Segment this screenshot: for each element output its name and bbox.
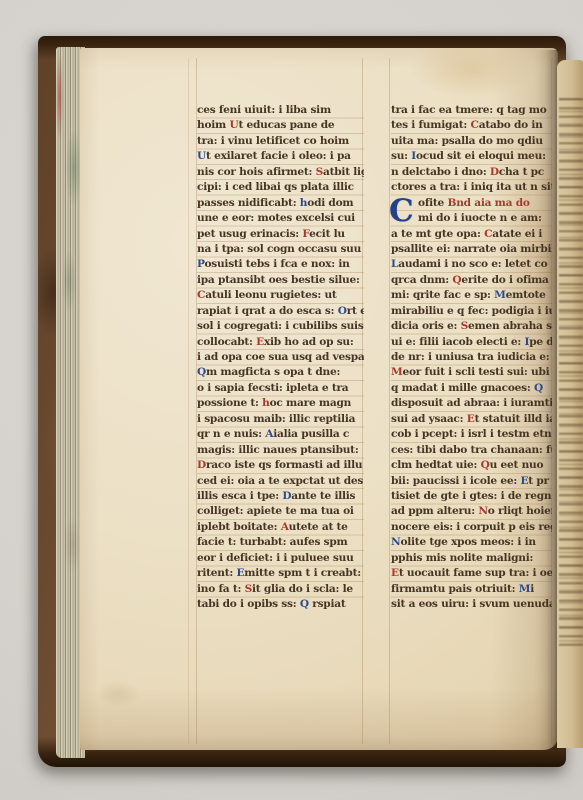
text-line: ritent: Emitte spm t i creabt: i <box>197 566 364 581</box>
text-line: a te mt gte opa: Catate ei i <box>391 227 552 242</box>
text-line: facie t: turbabt: aufes spm <box>197 535 364 550</box>
red-initial: D <box>490 166 499 178</box>
text-line: possione t: hoc mare magn <box>197 396 364 411</box>
text-run: t educas pane de <box>238 119 334 131</box>
text-run: rt e <box>347 305 364 317</box>
text-run: psallite ei: narrate oia mirbilia: <box>391 243 552 255</box>
ruling-line <box>188 58 189 744</box>
text-run: oc mare magn <box>270 397 351 409</box>
text-run: disposuit ad abraa: i iuramti <box>391 397 552 409</box>
text-run: ad ppm alteru: <box>391 505 478 517</box>
text-line: de nr: i uniusa tra iudicia e: <box>391 350 552 365</box>
text-line: colliget: apiete te ma tua oi <box>197 504 364 519</box>
text-line: tra: i vinu letificet co hoim <box>197 134 364 149</box>
text-line: nis cor hois afirmet: Satbit lig <box>197 165 364 180</box>
red-initial: C <box>471 119 479 131</box>
manuscript-photo: ces feni uiuit: i liba simhoim Ut educas… <box>0 0 583 800</box>
text-line: eor i deficiet: i i puluee suu <box>197 551 364 566</box>
manuscript-column-left: ces feni uiuit: i liba simhoim Ut educas… <box>197 103 364 612</box>
text-run: ialia pusilla c <box>273 428 349 440</box>
red-initial: D <box>197 459 206 471</box>
text-line: n delctabo i dno: Dcha t pc <box>391 165 552 180</box>
text-run: ctores a tra: i iniq ita ut n sit: <box>391 181 552 193</box>
red-initial: S <box>316 166 323 178</box>
text-line: ino fa t: Sit glia do i scla: le <box>197 582 364 597</box>
ruling-line <box>389 58 390 744</box>
red-initial: E <box>391 567 399 579</box>
text-line: ces: tibi dabo tra chanaan: funi <box>391 443 552 458</box>
gutter-shadow <box>534 50 558 750</box>
red-initial: N <box>478 505 487 517</box>
text-line: ad ppm alteru: No rliqt hoiem <box>391 504 552 519</box>
text-run: t exilaret facie i oleo: i pa <box>206 150 351 162</box>
text-run: hoim <box>197 119 229 131</box>
text-run: nis cor hois afirmet: <box>197 166 316 178</box>
text-line: uita ma: psalla do mo qdiu <box>391 134 552 149</box>
blue-initial: O <box>338 305 347 317</box>
text-line: cob i pcept: i isrl i testm etn: Di <box>391 427 552 442</box>
text-line: clm hedtat uie: Qu eet nuo <box>391 458 552 473</box>
text-run: atbit lig <box>323 166 364 178</box>
text-line: psallite ei: narrate oia mirbilia: <box>391 242 552 257</box>
blue-initial: U <box>197 150 206 162</box>
text-run: tisiet de gte i gtes: i de regn <box>391 490 551 502</box>
text-run: collocabt: <box>197 336 256 348</box>
text-line: mirabiliu e q fec: podigia i iu <box>391 304 552 319</box>
red-initial: Bnd aia ma do <box>447 197 529 209</box>
red-initial: Q <box>481 459 490 471</box>
text-run: xib ho ad op su: <box>264 336 354 348</box>
text-line: hoim Ut educas pane de <box>197 118 364 133</box>
text-line: rapiat i qrat a do esca s: Ort e <box>197 304 364 319</box>
text-run: ced ei: oia a te expctat ut des <box>197 475 363 487</box>
text-line: sit a eos uiru: i svum uenudats <box>391 597 552 612</box>
text-run: ui e: filii iacob electi e: <box>391 336 525 348</box>
text-run: rapiat i qrat a do esca s: <box>197 305 338 317</box>
text-run: m magficta s opa t dne: <box>206 366 340 378</box>
text-run: t uocauit fame sup tra: i oe <box>399 567 552 579</box>
text-run: firmamtu pais otriuit: <box>391 583 519 595</box>
red-initial: M <box>391 366 402 378</box>
text-run: ces: tibi dabo tra chanaan: funi <box>391 444 552 456</box>
red-initial: C <box>197 289 205 301</box>
text-run: facie t: turbabt: aufes spm <box>197 536 348 548</box>
blue-initial: M <box>494 289 505 301</box>
text-run: it glia do i scla: le <box>252 583 353 595</box>
text-run: o i sapia fecsti: ipleta e tra <box>197 382 348 394</box>
text-run: raco iste qs formasti ad illu <box>206 459 362 471</box>
text-run: tra i fac ea tmere: q tag mo <box>391 104 547 116</box>
text-line: collocabt: Exib ho ad op su: <box>197 335 364 350</box>
text-run: cob i pcept: i isrl i testm etn: <box>391 428 552 440</box>
text-run: eor fuit i scli testi sui: ubi <box>402 366 549 378</box>
manuscript-column-right: Ctra i fac ea tmere: q tag motes i fumig… <box>391 103 552 612</box>
red-initial: S <box>461 320 468 332</box>
text-run: ces feni uiuit: i liba sim <box>197 104 331 116</box>
text-run: tes i fumigat: <box>391 119 471 131</box>
drop-cap-initial: C <box>389 195 416 228</box>
text-line: passes nidificabt: hodi dom <box>197 196 364 211</box>
text-line: q madat i mille gnacoes: Q <box>391 381 552 396</box>
text-run: ino fa t: <box>197 583 245 595</box>
text-line: pphis mis nolite maligni: <box>391 551 552 566</box>
text-run: illis esca i tpe: <box>197 490 282 502</box>
text-run: sol i cogregati: i cubilibs suis <box>197 320 364 332</box>
text-line: Catuli leonu rugietes: ut <box>197 288 364 303</box>
text-line: tabi do i opibs ss: Q rspiat <box>197 597 364 612</box>
text-line: ipa ptansibt oes bestie silue: <box>197 273 364 288</box>
text-run: bii: paucissi i icole ee: <box>391 475 520 487</box>
text-line: i spacosu maib: illic reptilia <box>197 412 364 427</box>
text-run: passes nidificabt: <box>197 197 300 209</box>
blue-initial: Q <box>197 366 206 378</box>
text-line: sui ad ysaac: Et statuit illd ia <box>391 412 552 427</box>
text-line: cipi: i ced libai qs plata illic <box>197 180 364 195</box>
text-run: q madat i mille gnacoes: <box>391 382 534 394</box>
text-line: ui e: filii iacob electi e: Ipe do <box>391 335 552 350</box>
blue-initial: M <box>519 583 530 595</box>
text-line: Posuisti tebs i fca e nox: in <box>197 257 364 272</box>
red-initial: h <box>262 397 269 409</box>
text-line: Qm magficta s opa t dne: <box>197 365 364 380</box>
text-run: audami i no sco e: letet co <box>398 258 547 270</box>
text-run: ritent: <box>197 567 236 579</box>
text-line: o i sapia fecsti: ipleta e tra <box>197 381 364 396</box>
facing-page-edge <box>557 60 583 748</box>
text-run: nocere eis: i corpuit p eis reges: <box>391 521 552 533</box>
text-run: cipi: i ced libai qs plata illic <box>197 181 354 193</box>
text-run: tabi do i opibs ss: <box>197 598 300 610</box>
text-run: qr n e nuis: <box>197 428 265 440</box>
text-line: iplebt boitate: Autete at te <box>197 520 364 535</box>
text-line: firmamtu pais otriuit: Mi <box>391 582 552 597</box>
text-run: eor i deficiet: i i puluee suu <box>197 552 354 564</box>
text-run: ecit lu <box>309 228 345 240</box>
text-run: ante te illis <box>291 490 355 502</box>
blue-initial: Q <box>300 598 309 610</box>
text-run: i spacosu maib: illic reptilia <box>197 413 355 425</box>
text-line: Nolite tge xpos meos: i in <box>391 535 552 550</box>
red-initial: E <box>256 336 264 348</box>
text-run: mi do i iuocte n e am: <box>418 212 542 224</box>
text-line: na i tpa: sol cogn occasu suu <box>197 242 364 257</box>
text-run: osuisti tebs i fca e nox: in <box>204 258 349 270</box>
text-run: ofite <box>418 197 447 209</box>
text-run: utete at te <box>289 521 348 533</box>
text-run: na i tpa: sol cogn occasu suu <box>197 243 361 255</box>
text-line: mi: qrite fac e sp: Memtote <box>391 288 552 303</box>
text-line: Meor fuit i scli testi sui: ubi <box>391 365 552 380</box>
text-run: i ad opa coe sua usq ad vespa <box>197 351 364 363</box>
text-run: sit a eos uiru: i svum uenudats <box>391 598 552 610</box>
text-line: su: Iocud sit ei eloqui meu: <box>391 149 552 164</box>
text-line: Laudami i no sco e: letet co <box>391 257 552 272</box>
text-line: pet usug erinacis: Fecit lu <box>197 227 364 242</box>
text-line: dicia oris e: Semen abraha s <box>391 319 552 334</box>
text-line: bii: paucissi i icole ee: Et pr <box>391 474 552 489</box>
text-run: a te mt gte opa: <box>391 228 484 240</box>
text-run: possione t: <box>197 397 262 409</box>
text-run: de nr: i uniusa tra iudicia e: <box>391 351 549 363</box>
text-run: une e eor: motes excelsi cui <box>197 212 355 224</box>
text-run: clm hedtat uie: <box>391 459 481 471</box>
text-run: qrca dnm: <box>391 274 452 286</box>
text-line: i ad opa coe sua usq ad vespa <box>197 350 364 365</box>
text-line: disposuit ad abraa: i iuramti <box>391 396 552 411</box>
text-run: ocud sit ei eloqui meu: <box>416 150 546 162</box>
text-line: nocere eis: i corpuit p eis reges: <box>391 520 552 535</box>
red-initial: E <box>467 413 475 425</box>
text-run: su: <box>391 150 411 162</box>
text-run: pphis mis nolite maligni: <box>391 552 533 564</box>
blue-initial: D <box>282 490 291 502</box>
text-line: magis: illic naues ptansibut: <box>197 443 364 458</box>
text-run: atuli leonu rugietes: ut <box>205 289 336 301</box>
text-run: rspiat <box>309 598 346 610</box>
text-line: Ut exilaret facie i oleo: i pa <box>197 149 364 164</box>
text-line: Et uocauit fame sup tra: i oe <box>391 566 552 581</box>
text-run: sui ad ysaac: <box>391 413 467 425</box>
text-line: ced ei: oia a te expctat ut des <box>197 474 364 489</box>
text-line: Draco iste qs formasti ad illu <box>197 458 364 473</box>
text-run: tra: i vinu letificet co hoim <box>197 135 349 147</box>
text-run: ipa ptansibt oes bestie silue: <box>197 274 360 286</box>
text-line: illis esca i tpe: Dante te illis <box>197 489 364 504</box>
text-line: ces feni uiuit: i liba sim <box>197 103 364 118</box>
text-run: pet usug erinacis: <box>197 228 302 240</box>
text-line: qr n e nuis: Aialia pusilla c <box>197 427 364 442</box>
text-run: dicia oris e: <box>391 320 461 332</box>
text-line: ctores a tra: i iniq ita ut n sit: <box>391 180 552 195</box>
text-line: qrca dnm: Qerite do i ofima <box>391 273 552 288</box>
text-run: olite tge xpos meos: i in <box>400 536 535 548</box>
text-line: une e eor: motes excelsi cui <box>197 211 364 226</box>
red-initial: A <box>281 521 289 533</box>
text-line: sol i cogregati: i cubilibs suis <box>197 319 364 334</box>
text-run: mi: qrite fac e sp: <box>391 289 494 301</box>
red-initial: S <box>245 583 252 595</box>
text-run: mitte spm t i creabt: i <box>244 567 364 579</box>
facing-page-text-blur <box>559 98 583 646</box>
text-run: iplebt boitate: <box>197 521 281 533</box>
text-run: uita ma: psalla do mo qdiu <box>391 135 543 147</box>
text-line: tisiet de gte i gtes: i de regn <box>391 489 552 504</box>
text-run: magis: illic naues ptansibut: <box>197 444 359 456</box>
text-run: mirabiliu e q fec: podigia i iu <box>391 305 552 317</box>
text-line: tes i fumigat: Catabo do in <box>391 118 552 133</box>
text-run: n delctabo i dno: <box>391 166 490 178</box>
text-run: colliget: apiete te ma tua oi <box>197 505 354 517</box>
text-line: tra i fac ea tmere: q tag mo <box>391 103 552 118</box>
text-run: odi dom <box>307 197 353 209</box>
